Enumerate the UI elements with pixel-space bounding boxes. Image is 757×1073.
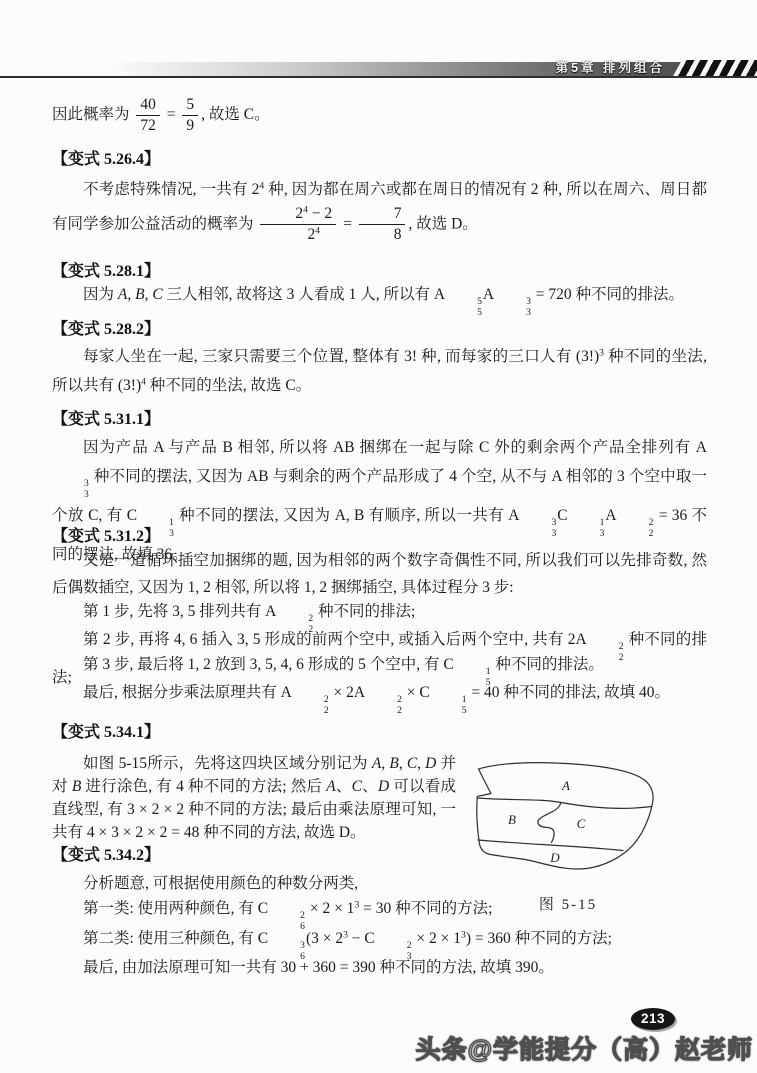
- solution-conclusion: 最后, 根据分步乘法原理共有 A22 × 2A22 × C15 = 40 种不同…: [52, 679, 707, 717]
- figure-caption: 图 5-15: [468, 893, 668, 914]
- figure-5-15: A B C D: [468, 756, 668, 880]
- solution-paragraph: 因为 A, B, C 三人相邻, 故将这 3 人看成 1 人, 所以有 A55A…: [52, 281, 707, 319]
- chapter-header-bar: 第5章 排列组合: [0, 62, 757, 78]
- chapter-title: 第5章 排列组合: [556, 61, 665, 76]
- solution-paragraph: 如图 5-15所示，先将这四块区域分别记为 A, B, C, D 并对 B 进行…: [52, 752, 456, 844]
- divider-a: [477, 798, 651, 808]
- divider-b-c: [538, 803, 561, 843]
- variant-heading-5-31-2: 【变式 5.31.2】: [52, 525, 707, 549]
- region-label-c: C: [577, 816, 586, 831]
- page-number-badge: 213: [631, 1008, 675, 1030]
- solution-paragraph: 每家人坐在一起, 三家只需要三个位置, 整体有 3! 种, 而每家的三口人有 (…: [52, 342, 707, 400]
- book-page: 第5章 排列组合 因此概率为 4072 = 59, 故选 C。 【变式 5.26…: [0, 0, 757, 1073]
- region-diagram: A B C D: [468, 756, 668, 880]
- solution-paragraph: 又是一道循环插空加捆绑的题, 因为相邻的两个数字奇偶性不同, 所以我们可以先排奇…: [52, 547, 707, 601]
- divider-d: [478, 840, 623, 851]
- variant-heading-5-34-1: 【变式 5.34.1】: [52, 721, 707, 745]
- solution-paragraph: 不考虑特殊情况, 一共有 24 种, 因为都在周六或都在周日的情况有 2 种, …: [52, 175, 707, 245]
- variant-heading-5-28-2: 【变式 5.28.2】: [52, 318, 707, 342]
- solution-conclusion: 最后, 由加法原理可知一共有 30 + 360 = 390 种不同的方法, 故填…: [52, 954, 707, 982]
- watermark-text: 头条@学能提分（高）赵老师: [416, 1030, 753, 1066]
- region-label-b: B: [508, 812, 516, 827]
- region-label-a: A: [561, 778, 570, 793]
- region-label-d: D: [549, 850, 560, 865]
- hazard-stripes-icon: [673, 60, 757, 76]
- solution-paragraph: 因此概率为 4072 = 59, 故选 C。: [52, 92, 707, 138]
- variant-heading-5-26-4: 【变式 5.26.4】: [52, 148, 707, 172]
- variant-heading-5-31-1: 【变式 5.31.1】: [52, 408, 707, 432]
